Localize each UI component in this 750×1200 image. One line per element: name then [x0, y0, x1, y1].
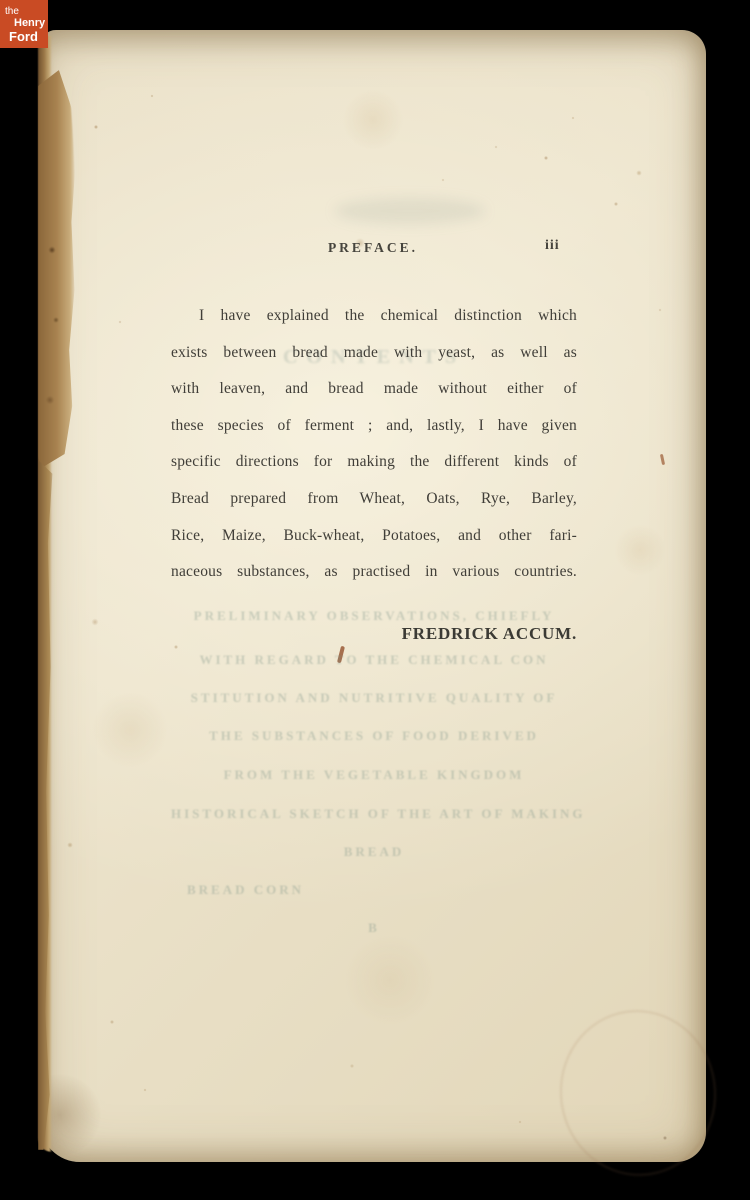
henry-ford-logo: the Henry Ford — [0, 0, 48, 48]
paragraph-line: naceous substances, as practised in vari… — [171, 554, 577, 591]
paragraph-line: with leaven, and bread made without eith… — [171, 371, 577, 408]
ghost-signature-mark: B — [171, 920, 577, 936]
paragraph-line: Bread prepared from Wheat, Oats, Rye, Ba… — [171, 481, 577, 518]
paragraph-line: specific directions for making the diffe… — [171, 444, 577, 481]
paragraph-line: I have explained the chemical distinctio… — [171, 298, 577, 335]
logo-word-the: the — [5, 6, 19, 17]
logo-word-ford: Ford — [9, 29, 38, 44]
water-stain-ring — [549, 1000, 727, 1186]
ghost-line: STITUTION AND NUTRITIVE QUALITY OF — [171, 690, 577, 706]
binding-edge-upper — [38, 70, 76, 470]
logo-word-henry: Henry — [14, 17, 45, 29]
ghost-line: BREAD — [171, 844, 577, 860]
ghost-line: BREAD CORN — [171, 882, 593, 898]
author-signature: FREDRICK ACCUM. — [171, 624, 577, 644]
ghost-line: WITH REGARD TO THE CHEMICAL CON — [171, 652, 577, 668]
paragraph-line: these species of ferment ; and, lastly, … — [171, 408, 577, 445]
paragraph-line: exists between bread made with yeast, as… — [171, 335, 577, 372]
paragraph-line: Rice, Maize, Buck-wheat, Potatoes, and o… — [171, 518, 577, 555]
ghost-line: THE SUBSTANCES OF FOOD DERIVED — [171, 728, 577, 744]
book-page: PREFACE. iii CONTENTS I have explained t… — [40, 30, 706, 1162]
page-number: iii — [545, 238, 585, 254]
photo-canvas: { "logo": { "the": "the", "henry": "Henr… — [0, 0, 750, 1200]
page-title: PREFACE. — [171, 240, 575, 256]
showthrough-smudge — [335, 198, 485, 224]
ghost-line: HISTORICAL SKETCH OF THE ART OF MAKING — [171, 806, 577, 822]
ink-spot-mark — [660, 454, 665, 465]
ghost-line: FROM THE VEGETABLE KINGDOM — [171, 767, 577, 783]
preface-paragraph: I have explained the chemical distinctio… — [171, 298, 577, 591]
ghost-line: PRELIMINARY OBSERVATIONS, CHIEFLY — [171, 608, 577, 624]
